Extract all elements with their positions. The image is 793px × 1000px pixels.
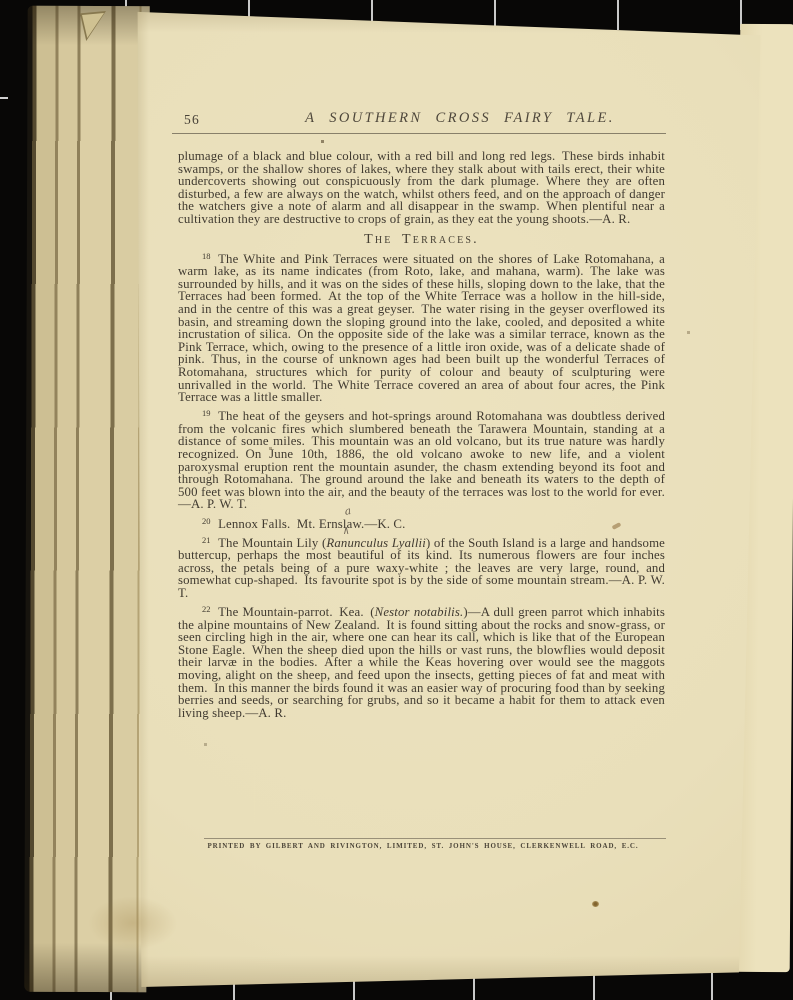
handwritten-correction: a∧rnslaw: [327, 517, 361, 531]
paragraph: 21 The Mountain Lily (Ranunculus Lyallii…: [178, 537, 665, 600]
body-text: The heat of the geysers and hot-springs …: [178, 409, 665, 511]
footer-rule: [204, 838, 666, 839]
printer-imprint: PRINTED BY GILBERT AND RIVINGTON, LIMITE…: [180, 842, 666, 850]
footnote-number: 19: [202, 408, 211, 418]
caret-mark: ∧: [319, 522, 350, 538]
header-rule: [172, 133, 666, 134]
body-text: )—A dull green parrot which inhabits the…: [178, 605, 665, 720]
running-title: A SOUTHERN CROSS FAIRY TALE.: [250, 110, 670, 127]
paragraph: 19 The heat of the geysers and hot-sprin…: [178, 410, 665, 511]
footnote-number: 18: [202, 251, 211, 261]
page-number: 56: [184, 112, 200, 128]
book-photo: 56 A SOUTHERN CROSS FAIRY TALE. plumage …: [0, 0, 793, 1000]
paragraph: plumage of a black and blue colour, with…: [178, 150, 665, 226]
page-content: 56 A SOUTHERN CROSS FAIRY TALE. plumage …: [0, 0, 793, 1000]
body-text: plumage of a black and blue colour, with…: [178, 149, 665, 226]
footnote-number: 21: [202, 535, 211, 545]
paragraph: 20 Lennox Falls. Mt. Ea∧rnslaw.—K. C.: [178, 518, 665, 531]
paragraph: 22 The Mountain-parrot. Kea. (Nestor not…: [178, 606, 665, 719]
footnote-number: 22: [202, 604, 211, 614]
body-text: .—K. C.: [361, 517, 405, 531]
footnote-number: 20: [202, 516, 211, 526]
text-block: plumage of a black and blue colour, with…: [178, 146, 665, 719]
paragraph: 18 The White and Pink Terraces were situ…: [178, 253, 665, 404]
body-text: Lennox Falls. Mt. E: [218, 517, 327, 531]
body-text: The White and Pink Terraces were situate…: [178, 252, 665, 405]
section-heading: The Terraces.: [178, 234, 665, 247]
